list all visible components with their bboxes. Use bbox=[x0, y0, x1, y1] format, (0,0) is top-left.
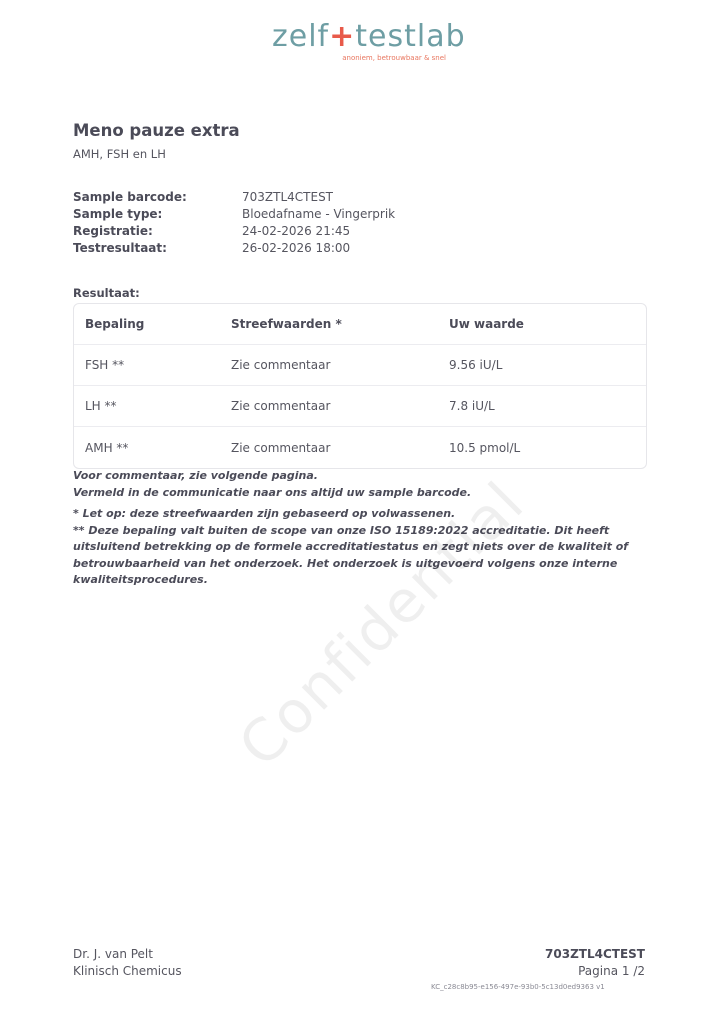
signer-block: Dr. J. van Pelt Klinisch Chemicus bbox=[73, 946, 182, 980]
column-header-streefwaarden: Streefwaarden * bbox=[231, 317, 449, 331]
notes: Voor commentaar, zie volgende pagina. Ve… bbox=[73, 468, 653, 589]
table-row: AMH ** Zie commentaar 10.5 pmol/L bbox=[74, 427, 646, 468]
logo-wordmark: zelf+testlab bbox=[272, 20, 452, 54]
note-comment-reference: Voor commentaar, zie volgende pagina. bbox=[73, 468, 653, 485]
report-page: zelf+testlab anoniem, betrouwbaar & snel… bbox=[0, 0, 720, 1018]
page-number: Pagina 1 /2 bbox=[545, 963, 645, 980]
table-row: LH ** Zie commentaar 7.8 iU/L bbox=[74, 386, 646, 427]
sample-type-label: Sample type: bbox=[73, 207, 242, 221]
column-header-uw-waarde: Uw waarde bbox=[449, 317, 646, 331]
cell-uw-waarde: 7.8 iU/L bbox=[449, 399, 646, 413]
result-table: Bepaling Streefwaarden * Uw waarde FSH *… bbox=[73, 303, 647, 469]
table-header-row: Bepaling Streefwaarden * Uw waarde bbox=[74, 304, 646, 345]
sample-barcode-label: Sample barcode: bbox=[73, 190, 242, 204]
zelftestlab-logo: zelf+testlab anoniem, betrouwbaar & snel bbox=[272, 20, 452, 63]
document-id: KC_c28c8b95-e156-497e-93b0-5c13d0ed9363 … bbox=[431, 983, 605, 991]
signer-name: Dr. J. van Pelt bbox=[73, 946, 182, 963]
cell-streefwaarden: Zie commentaar bbox=[231, 399, 449, 413]
cell-bepaling: LH ** bbox=[74, 399, 231, 413]
table-row: FSH ** Zie commentaar 9.56 iU/L bbox=[74, 345, 646, 386]
cell-bepaling: FSH ** bbox=[74, 358, 231, 372]
result-heading: Resultaat: bbox=[73, 286, 140, 300]
note-reference-values: * Let op: deze streefwaarden zijn gebase… bbox=[73, 506, 653, 523]
cell-uw-waarde: 10.5 pmol/L bbox=[449, 441, 646, 455]
test-result-date-row: Testresultaat: 26-02-2026 18:00 bbox=[73, 239, 573, 256]
sample-type-row: Sample type: Bloedafname - Vingerprik bbox=[73, 205, 573, 222]
registration-label: Registratie: bbox=[73, 224, 242, 238]
note-accreditation: ** Deze bepaling valt buiten de scope va… bbox=[73, 523, 653, 589]
cell-bepaling: AMH ** bbox=[74, 441, 231, 455]
plus-icon: + bbox=[329, 19, 355, 54]
cell-uw-waarde: 9.56 iU/L bbox=[449, 358, 646, 372]
column-header-bepaling: Bepaling bbox=[74, 317, 231, 331]
note-barcode-reminder: Vermeld in de communicatie naar ons alti… bbox=[73, 485, 653, 502]
cell-streefwaarden: Zie commentaar bbox=[231, 441, 449, 455]
page-subtitle: AMH, FSH en LH bbox=[73, 147, 166, 161]
cell-streefwaarden: Zie commentaar bbox=[231, 358, 449, 372]
footer-barcode: 703ZTL4CTEST bbox=[545, 946, 645, 963]
registration-value: 24-02-2026 21:45 bbox=[242, 224, 350, 238]
sample-type-value: Bloedafname - Vingerprik bbox=[242, 207, 395, 221]
logo-tagline: anoniem, betrouwbaar & snel bbox=[272, 54, 452, 63]
logo-word-part-1: zelf bbox=[272, 19, 329, 54]
test-result-date-label: Testresultaat: bbox=[73, 241, 242, 255]
registration-row: Registratie: 24-02-2026 21:45 bbox=[73, 222, 573, 239]
sample-info: Sample barcode: 703ZTL4CTEST Sample type… bbox=[73, 188, 573, 256]
footer-page-info: 703ZTL4CTEST Pagina 1 /2 bbox=[545, 946, 645, 980]
test-result-date-value: 26-02-2026 18:00 bbox=[242, 241, 350, 255]
signer-role: Klinisch Chemicus bbox=[73, 963, 182, 980]
sample-barcode-row: Sample barcode: 703ZTL4CTEST bbox=[73, 188, 573, 205]
sample-barcode-value: 703ZTL4CTEST bbox=[242, 190, 333, 204]
logo-word-part-2: testlab bbox=[355, 19, 465, 54]
page-title: Meno pauze extra bbox=[73, 121, 240, 140]
